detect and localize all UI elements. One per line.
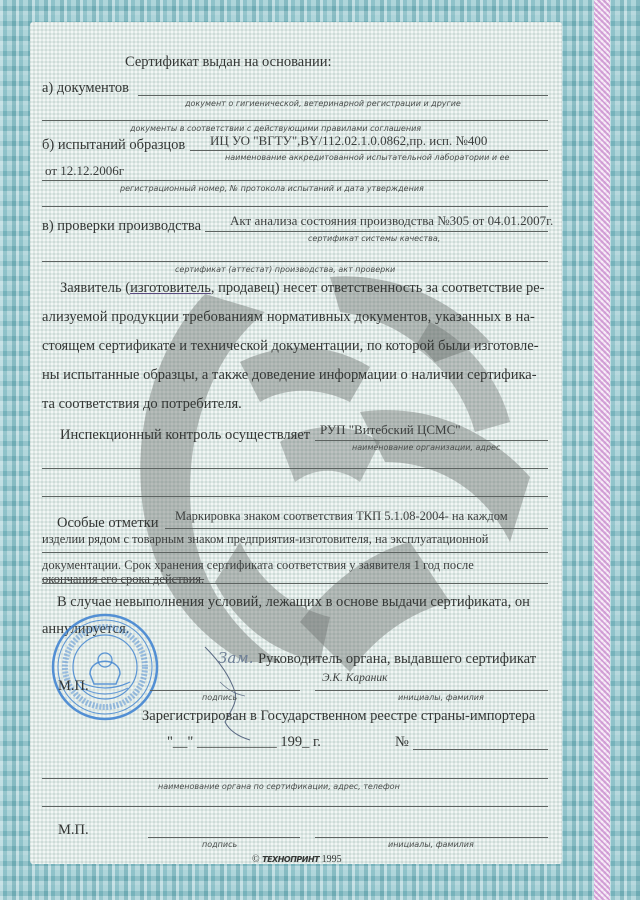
handwritten-deputy-prefix: Зам. — [218, 649, 254, 667]
importer-date-field: "__" ___________ 199_ г. — [167, 734, 321, 751]
section-c-value: Акт анализа состояния производства №305 … — [230, 213, 553, 229]
responsibility-line-3: стоящем сертификате и технической докуме… — [42, 338, 539, 355]
section-a-caption-1: документ о гигиенической, ветеринарной р… — [185, 99, 461, 108]
responsibility-line-4: ны испытанные образцы, а также доведение… — [42, 367, 537, 384]
section-b-field-line — [190, 150, 548, 151]
importer-stamp-label: М.П. — [58, 822, 89, 839]
official-seal-stamp-icon — [50, 612, 160, 722]
special-notes-label: Особые отметки — [57, 515, 159, 532]
special-notes-field-line — [165, 528, 548, 529]
section-a-caption-2: документы в соответствии с действующими … — [130, 124, 421, 133]
responsibility-line-5: та соответствия до потребителя. — [42, 396, 242, 413]
signatory-signature-caption: подпись — [202, 693, 237, 702]
inspection-field-line-2 — [42, 468, 548, 469]
importer-org-caption: наименование органа по сертификации, адр… — [158, 782, 400, 791]
inspection-label: Инспекционный контроль осуществляет — [60, 427, 310, 444]
importer-signature-field-line — [148, 837, 300, 838]
special-notes-line-2: изделии рядом с товарным знаком предприя… — [42, 532, 488, 547]
page-heading: Сертификат выдан на основании: — [125, 54, 332, 71]
section-b-date-value: от 12.12.2006г — [45, 163, 124, 179]
special-notes-line-4: окончания его срока действия. — [42, 572, 204, 587]
underlined-manufacturer: изготовитель — [130, 280, 211, 296]
footer-year: 1995 — [322, 854, 342, 864]
importer-name-field-line — [315, 837, 548, 838]
importer-org-field-line — [42, 778, 548, 779]
section-c-field-line-2 — [42, 261, 548, 262]
section-a-label: а) документов — [42, 80, 129, 97]
importer-name-caption: инициалы, фамилия — [388, 840, 474, 849]
section-b-caption-1: наименование аккредитованной испытательн… — [225, 153, 509, 162]
signatory-name-field-line — [315, 690, 548, 691]
importer-number-field-line — [413, 749, 548, 750]
signatory-name-caption: инициалы, фамилия — [398, 693, 484, 702]
copyright-symbol: © — [252, 854, 260, 864]
section-c-caption-1: сертификат системы качества, — [308, 234, 440, 243]
inspection-value: РУП "Витебский ЦСМС" — [320, 422, 461, 438]
responsibility-text: Заявитель ( — [60, 280, 130, 296]
security-stripe — [594, 0, 610, 900]
section-c-label: в) проверки производства — [42, 218, 201, 235]
section-b-field-line-2 — [42, 180, 548, 181]
inspection-caption: наименование организации, адрес — [352, 443, 500, 452]
section-b-value: ИЦ УО "ВГТУ",BY/112.02.1.0.0862,пр. исп.… — [210, 133, 487, 149]
importer-org-field-line-2 — [42, 806, 548, 807]
importer-signature-caption: подпись — [202, 840, 237, 849]
footer-brand-logo: ТЕХНОПРИНТ — [262, 855, 319, 864]
section-b-caption-2: регистрационный номер, № протокола испыт… — [120, 184, 424, 193]
inspection-field-line — [315, 440, 548, 441]
footer-copyright: © ТЕХНОПРИНТ 1995 — [252, 854, 342, 864]
certificate-page: Сертификат выдан на основании: а) докуме… — [30, 22, 562, 864]
special-notes-field-line-3 — [42, 583, 548, 584]
section-a-field-line-2 — [42, 120, 548, 121]
section-c-caption-2: сертификат (аттестат) производства, акт … — [175, 265, 395, 274]
section-b-field-line-3 — [42, 206, 548, 207]
section-a-field-line — [138, 95, 548, 96]
special-notes-field-line-2 — [42, 552, 548, 553]
special-notes-line-1: Маркировка знаком соответствия ТКП 5.1.0… — [175, 509, 508, 524]
signatory-title: Руководитель органа, выдавшего сертифика… — [258, 651, 536, 668]
signature-field-line — [150, 690, 300, 691]
section-c-field-line — [205, 231, 548, 232]
importer-number-label: № — [395, 734, 409, 751]
special-notes-line-3: документации. Срок хранения сертификата … — [42, 558, 474, 573]
responsibility-line-1: Заявитель (изготовитель, продавец) несет… — [60, 280, 544, 297]
signatory-name: Э.К. Караник — [322, 672, 388, 684]
responsibility-text: , продавец) несет ответственность за соо… — [211, 280, 545, 296]
signatory-stamp-label: М.П. — [58, 678, 89, 695]
importer-registration-title: Зарегистрирован в Государственном реестр… — [142, 708, 535, 725]
inspection-field-line-3 — [42, 496, 548, 497]
section-b-label: б) испытаний образцов — [42, 137, 185, 154]
responsibility-line-2: ализуемой продукции требованиям норматив… — [42, 309, 535, 326]
annulment-line-1: В случае невыполнения условий, лежащих в… — [57, 594, 530, 611]
